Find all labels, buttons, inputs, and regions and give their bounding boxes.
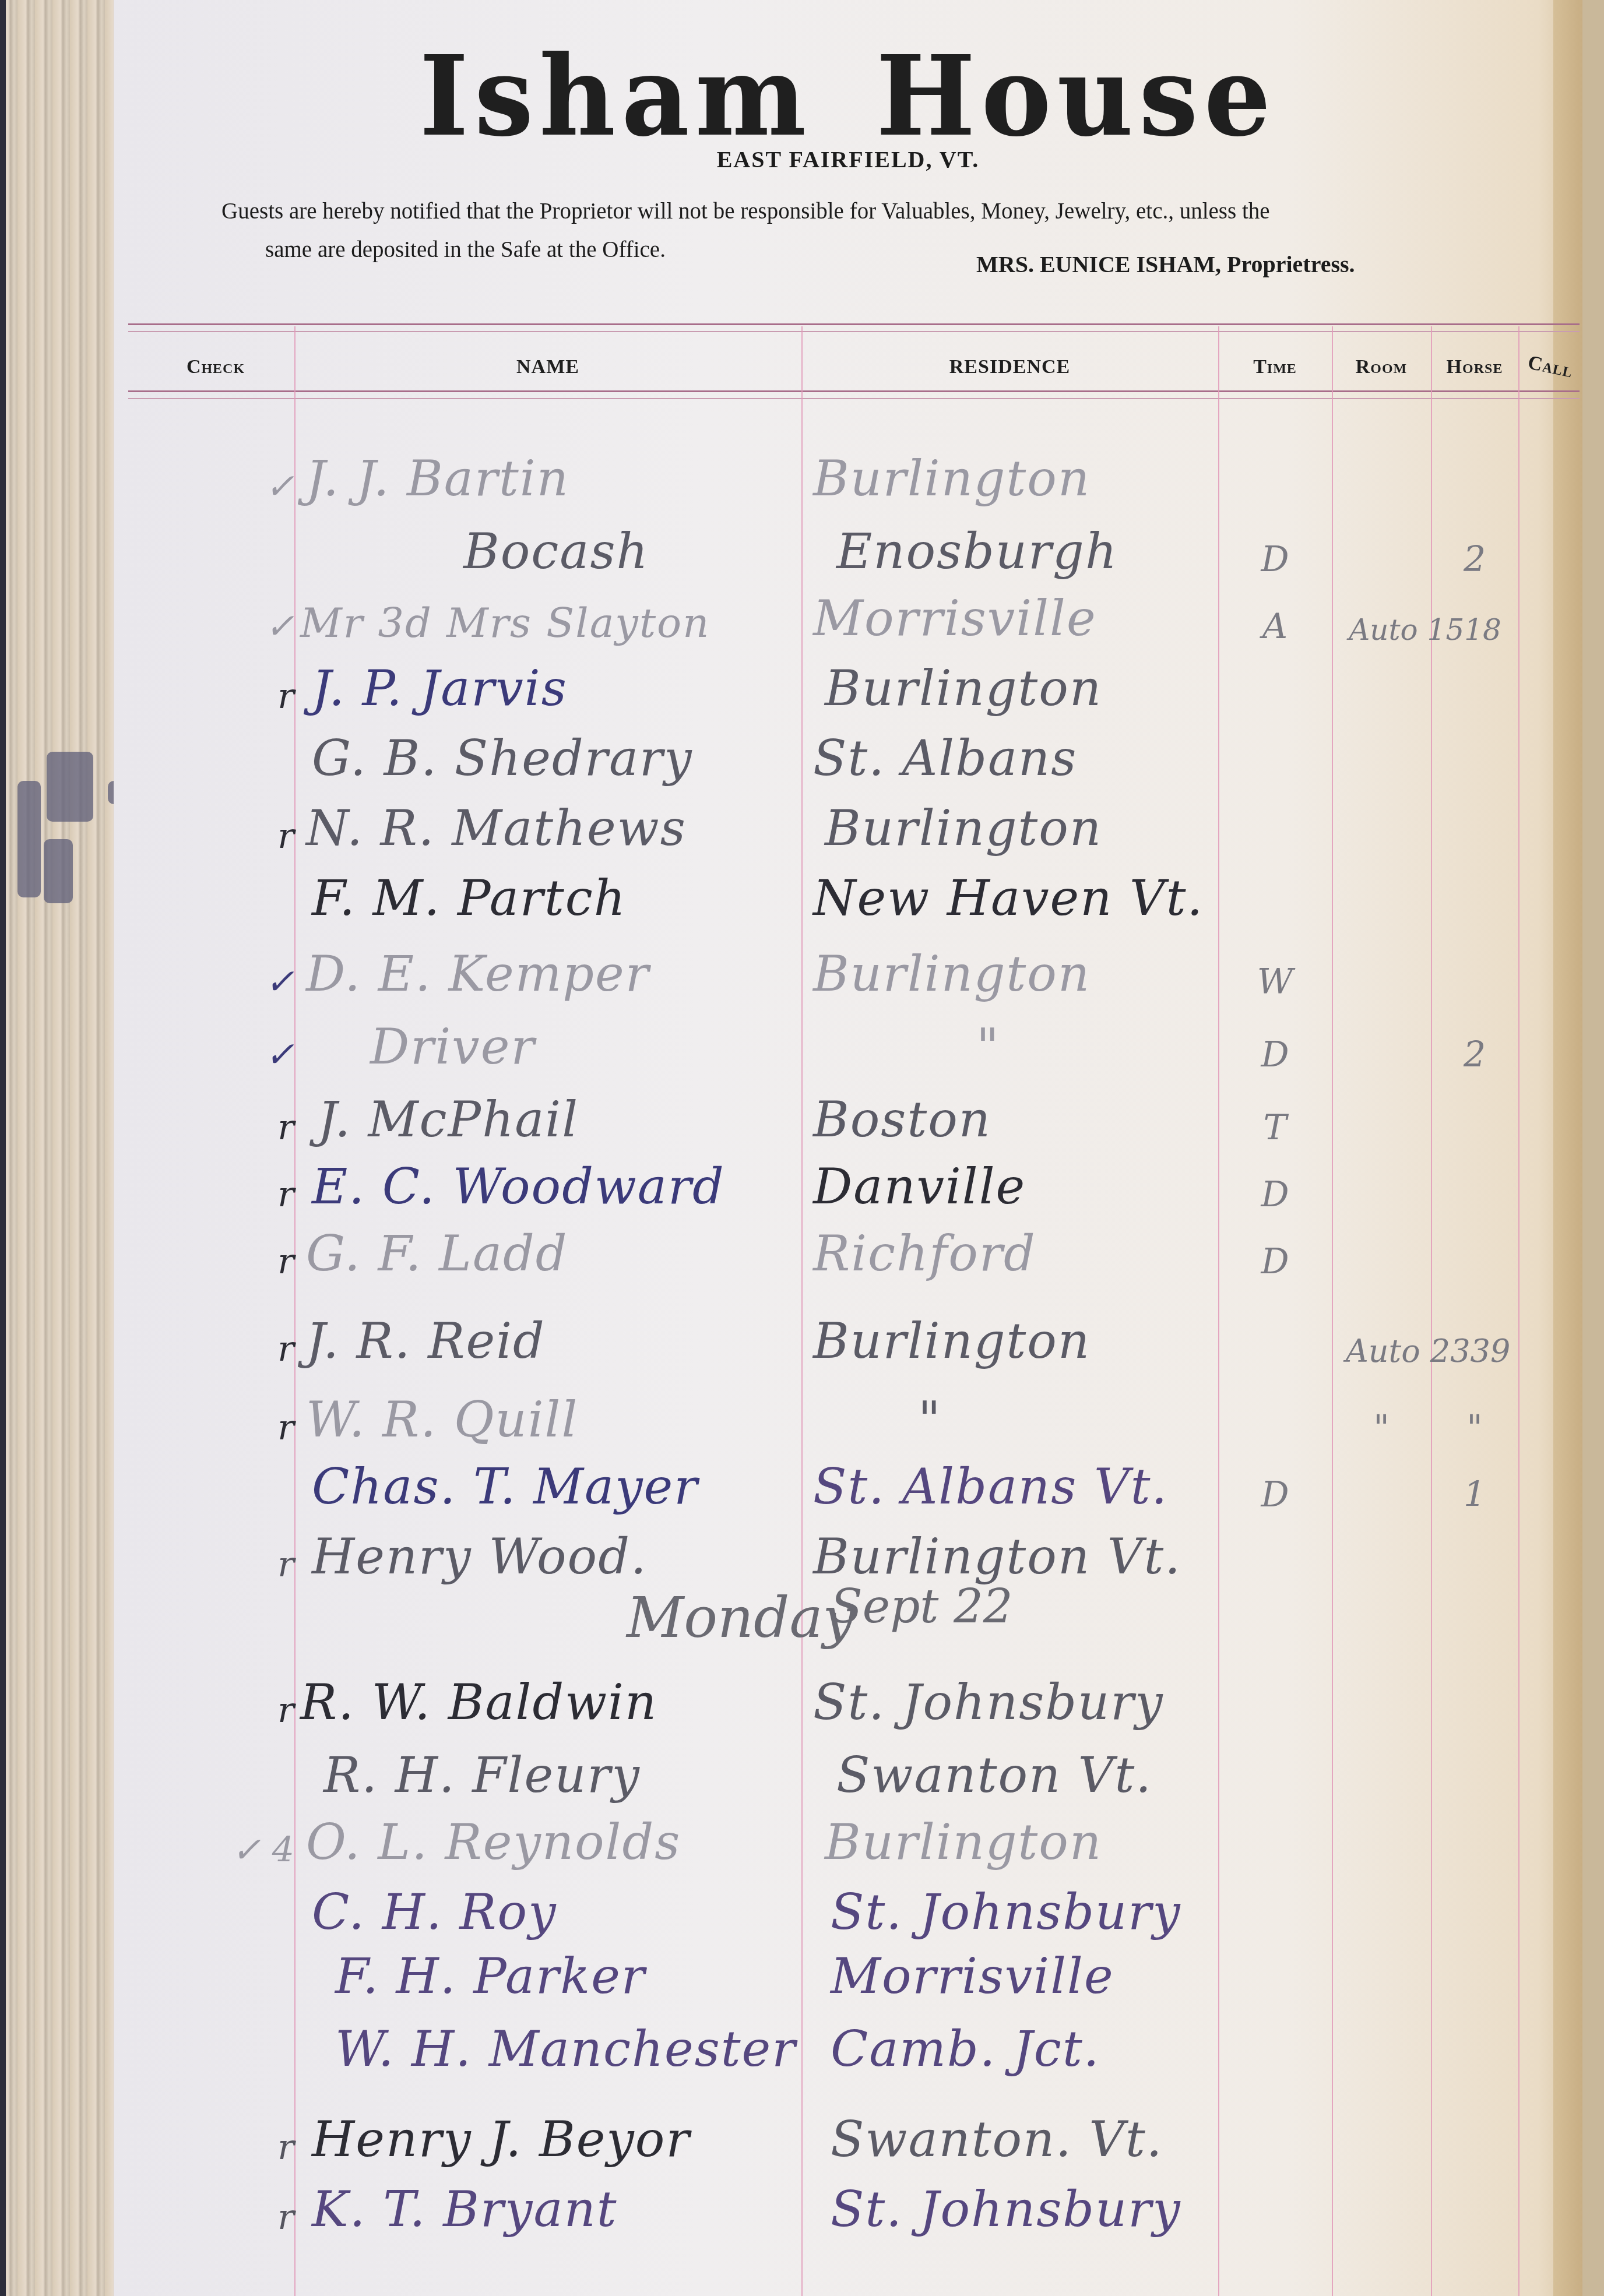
guest-name: R. W. Baldwin	[300, 1667, 801, 1734]
hotel-name: IshamHouse	[114, 32, 1582, 161]
check-mark: ✓	[137, 1011, 306, 1079]
guest-name: G. B. Shedrary	[312, 723, 801, 790]
check-mark: r	[137, 1218, 306, 1286]
check-mark: r	[137, 1667, 306, 1734]
guest-residence: Burlington	[825, 1806, 1408, 1874]
column-header-name: NAME	[294, 338, 801, 396]
guest-residence: Morrisville	[831, 1941, 1218, 2008]
guest-residence: Enosburgh	[836, 516, 1218, 583]
title-word-1: Isham	[420, 32, 812, 161]
guest-entry: r J. P. Jarvis Burlington	[114, 653, 1582, 717]
guest-room: Auto 2339	[1332, 1305, 1524, 1373]
guest-name: J. P. Jarvis	[312, 653, 801, 720]
guest-entry: r W. R. Quill " " "	[114, 1384, 1582, 1448]
guest-entry: r R. W. Baldwin St. Johnsbury	[114, 1667, 1582, 1731]
guest-residence: St. Johnsbury	[831, 1876, 1218, 1944]
day-date: Sept 22	[831, 1579, 1013, 1633]
ink-stain	[47, 752, 93, 822]
guest-name: W. H. Manchester	[335, 2013, 801, 2081]
guest-name: R. H. Fleury	[323, 1739, 801, 1807]
title-word-2: House	[876, 32, 1276, 161]
guest-entry: r E. C. Woodward Danville D	[114, 1151, 1582, 1215]
guest-residence: Burlington Vt.	[813, 1521, 1218, 1589]
ink-stain	[44, 839, 73, 903]
guest-name: J. McPhail	[318, 1084, 801, 1151]
guest-residence: Burlington	[813, 1305, 1218, 1373]
register-page: IshamHouse EAST FAIRFIELD, VT. Guests ar…	[114, 0, 1582, 2296]
guest-name: W. R. Quill	[306, 1384, 801, 1452]
guest-entry: ✓ Driver " D 2	[114, 1011, 1582, 1075]
check-mark: r	[137, 793, 306, 860]
header-top-rule	[128, 323, 1580, 332]
guest-residence: Richford	[813, 1218, 1218, 1286]
guest-residence: Morrisville	[813, 583, 1218, 650]
guest-room: "	[1332, 1384, 1431, 1452]
guest-entry: Chas. T. Mayer St. Albans Vt. D 1	[114, 1451, 1582, 1515]
check-mark: r	[137, 2104, 306, 2171]
guest-name: F. M. Partch	[312, 862, 801, 930]
guest-room: Auto 1518	[1332, 583, 1518, 650]
day-heading: Monday	[627, 1585, 854, 1650]
guest-entry: ✓ 4 O. L. Reynolds Burlington	[114, 1806, 1582, 1871]
check-mark: r	[137, 1384, 306, 1452]
guest-name: Bocash	[463, 516, 801, 583]
spine	[0, 0, 6, 2296]
guest-time: D	[1218, 1151, 1332, 1219]
guest-residence: "	[976, 1011, 1218, 1079]
guest-horse: "	[1431, 1384, 1518, 1452]
column-header-call: Call	[1513, 332, 1588, 403]
guest-entry: r G. F. Ladd Richford D	[114, 1218, 1582, 1282]
column-header-room: Room	[1332, 338, 1431, 396]
guest-time: D	[1218, 1451, 1332, 1519]
guest-entry: r N. R. Mathews Burlington	[114, 793, 1582, 857]
check-mark: ✓	[137, 443, 306, 510]
column-header-check: Check	[137, 338, 294, 396]
guest-residence: St. Johnsbury	[831, 2174, 1218, 2241]
guest-entry: ✓ D. E. Kemper Burlington W	[114, 938, 1582, 1002]
guest-time: W	[1218, 938, 1332, 1006]
guest-residence: St. Albans Vt.	[813, 1451, 1218, 1519]
guest-residence: Danville	[813, 1151, 1218, 1219]
guest-entry: C. H. Roy St. Johnsbury	[114, 1876, 1582, 1941]
guest-time: D	[1218, 516, 1332, 583]
column-headers: Check NAME RESIDENCE Time Room Horse Cal…	[114, 338, 1582, 396]
guest-name: E. C. Woodward	[312, 1151, 801, 1219]
guest-name: F. H. Parker	[335, 1941, 801, 2008]
guest-entry: W. H. Manchester Camb. Jct.	[114, 2013, 1582, 2077]
day-name: Monday	[627, 1585, 854, 1650]
guest-residence: Burlington	[813, 938, 1218, 1006]
guest-residence: St. Albans	[813, 723, 1218, 790]
guest-name: Mr 3d Mrs Slayton	[300, 583, 801, 650]
guest-entry: r K. T. Bryant St. Johnsbury	[114, 2174, 1582, 2238]
guest-entry: F. H. Parker Morrisville	[114, 1941, 1582, 2005]
check-mark: r	[137, 1521, 306, 1589]
column-header-time: Time	[1218, 338, 1332, 396]
guest-residence: Burlington	[813, 443, 1218, 510]
ink-stain	[17, 781, 41, 897]
guest-time: A	[1218, 583, 1332, 650]
guest-residence: Burlington	[825, 793, 1218, 860]
check-mark: r	[137, 1305, 306, 1373]
guest-name: Chas. T. Mayer	[312, 1451, 801, 1519]
guest-residence: Boston	[813, 1084, 1218, 1151]
guest-name: C. H. Roy	[312, 1876, 801, 1944]
hotel-location: EAST FAIRFIELD, VT.	[114, 146, 1582, 173]
guest-name: Driver	[370, 1011, 801, 1079]
guest-horse: 2	[1431, 516, 1518, 583]
check-mark: ✓	[137, 938, 306, 1006]
guest-entry: ✓ Mr 3d Mrs Slayton Morrisville A Auto 1…	[114, 583, 1582, 647]
guest-name: O. L. Reynolds	[306, 1806, 801, 1874]
check-mark: r	[137, 2174, 306, 2241]
guest-entry: r J. McPhail Boston T	[114, 1084, 1582, 1148]
proprietress: MRS. EUNICE ISHAM, Proprietress.	[976, 251, 1355, 278]
guest-name: J. R. Reid	[306, 1305, 801, 1373]
guest-residence: St. Johnsbury	[813, 1667, 1218, 1734]
guest-time: T	[1218, 1084, 1332, 1151]
guest-entry: F. M. Partch New Haven Vt.	[114, 862, 1582, 927]
check-mark: r	[137, 1151, 306, 1219]
guest-entry: r Henry Wood. Burlington Vt.	[114, 1521, 1582, 1585]
guest-residence: Swanton Vt.	[836, 1739, 1218, 1807]
guest-name: Henry J. Beyor	[312, 2104, 801, 2171]
guest-entry: R. H. Fleury Swanton Vt.	[114, 1739, 1582, 1804]
guest-name: G. F. Ladd	[306, 1218, 801, 1286]
guest-name: K. T. Bryant	[312, 2174, 801, 2241]
guest-entry: Bocash Enosburgh D 2	[114, 516, 1582, 580]
check-mark: r	[137, 1084, 306, 1151]
guest-residence: Burlington	[825, 653, 1349, 720]
check-mark: r	[137, 653, 306, 720]
guest-name: Henry Wood.	[312, 1521, 801, 1589]
guest-entry: r J. R. Reid Burlington Auto 2339	[114, 1305, 1582, 1369]
guest-name: J. J. Bartin	[306, 443, 801, 510]
check-mark: ✓ 4	[137, 1806, 306, 1874]
guest-name: N. R. Mathews	[306, 793, 801, 860]
register-header: IshamHouse EAST FAIRFIELD, VT. Guests ar…	[114, 0, 1582, 315]
guest-residence: "	[918, 1384, 1218, 1452]
column-header-residence: RESIDENCE	[801, 338, 1218, 396]
column-header-horse: Horse	[1431, 338, 1518, 396]
check-mark	[137, 516, 306, 583]
check-mark: ✓	[137, 583, 306, 650]
guest-horse: 2	[1431, 1011, 1518, 1079]
guest-residence: Swanton. Vt.	[831, 2104, 1218, 2171]
guest-time: D	[1218, 1218, 1332, 1286]
guest-entry: r Henry J. Beyor Swanton. Vt.	[114, 2104, 1582, 2168]
book-page-edges	[0, 0, 117, 2296]
guest-horse: 1	[1431, 1451, 1518, 1519]
guest-entry: G. B. Shedrary St. Albans	[114, 723, 1582, 787]
notice-line-1: Guests are hereby notified that the Prop…	[221, 192, 1504, 231]
guest-residence: Camb. Jct.	[831, 2013, 1218, 2081]
guest-entry: ✓ J. J. Bartin Burlington	[114, 443, 1582, 507]
guest-name: D. E. Kemper	[306, 938, 801, 1006]
guest-time: D	[1218, 1011, 1332, 1079]
guest-residence: New Haven Vt.	[813, 862, 1218, 930]
